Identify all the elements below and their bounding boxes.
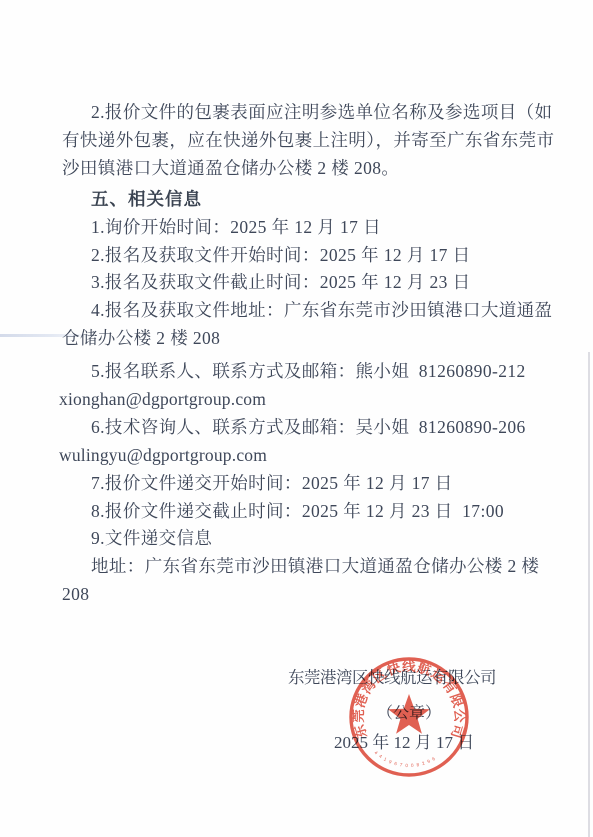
section-heading: 五、相关信息 xyxy=(91,189,202,209)
scan-artifact-line-right xyxy=(588,352,590,837)
info-item-submission-start: 7.报价文件递交开始时间：2025 年 12 月 17 日 xyxy=(91,473,453,493)
seal-serial-number: 441967008296 xyxy=(374,750,439,768)
info-item-address-line2: 仓储办公楼 2 楼 208 xyxy=(62,328,220,348)
paragraph-line: 有快递外包裹，应在快递外包裹上注明），并寄至广东省东莞市 xyxy=(62,130,554,150)
info-item-inquiry-start: 1.询价开始时间：2025 年 12 月 17 日 xyxy=(91,217,381,237)
paragraph-line: 沙田镇港口大道通盈仓储办公楼 2 楼 208。 xyxy=(62,158,399,178)
info-item-submission-address-line2: 208 xyxy=(62,584,89,604)
email-technical-contact: wulingyu@dgportgroup.com xyxy=(59,445,267,465)
info-item-submission-info: 9.文件递交信息 xyxy=(91,528,212,548)
info-item-registration-start: 2.报名及获取文件开始时间：2025 年 12 月 17 日 xyxy=(91,245,471,265)
info-item-submission-deadline: 8.报价文件递交截止时间：2025 年 12 月 23 日 17:00 xyxy=(91,501,504,521)
seal-star-icon xyxy=(388,694,430,734)
paragraph-line: 2.报价文件的包裹表面应注明参选单位名称及参选项目（如 xyxy=(91,102,552,122)
info-item-contact-technical: 6.技术咨询人、联系方式及邮箱：吴小姐 81260890-206 xyxy=(91,417,526,437)
info-item-contact-registration: 5.报名联系人、联系方式及邮箱：熊小姐 81260890-212 xyxy=(91,361,526,381)
info-item-submission-address-line1: 地址：广东省东莞市沙田镇港口大道通盈仓储办公楼 2 楼 xyxy=(91,556,539,576)
document-page: 2.报价文件的包裹表面应注明参选单位名称及参选项目（如 有快递外包裹，应在快递外… xyxy=(0,0,593,837)
email-registration-contact: xionghan@dgportgroup.com xyxy=(59,389,266,409)
info-item-registration-deadline: 3.报名及获取文件截止时间：2025 年 12 月 23 日 xyxy=(91,272,471,292)
info-item-address-line1: 4.报名及获取文件地址：广东省东莞市沙田镇港口大道通盈 xyxy=(91,300,552,320)
svg-text:441967008296: 441967008296 xyxy=(374,750,439,768)
company-seal: 东莞港湾区快线航运有限公司 441967008296 xyxy=(347,655,471,779)
